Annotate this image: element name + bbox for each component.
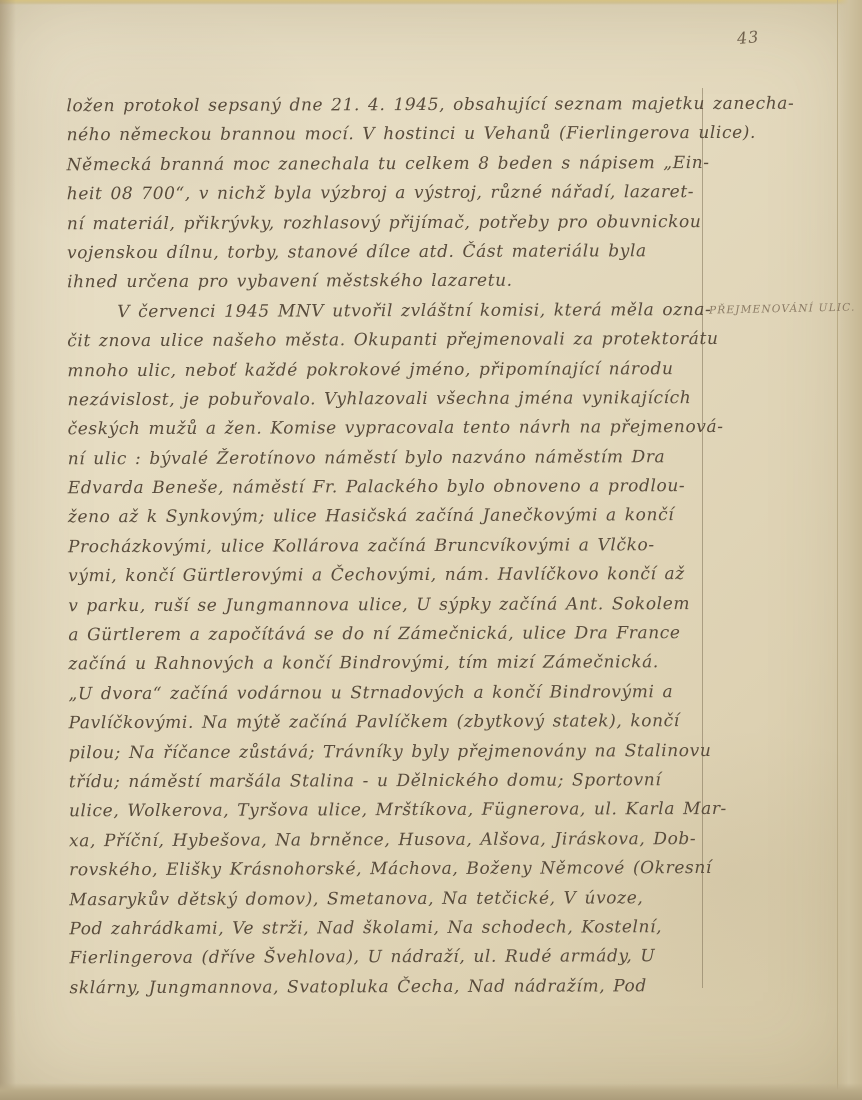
- manuscript-line: Německá branná moc zanechala tu celkem 8…: [67, 149, 777, 181]
- manuscript-line: a Gürtlerem a započítává se do ní Zámečn…: [68, 619, 778, 651]
- manuscript-line: ného německou brannou mocí. V hostinci u…: [67, 119, 777, 151]
- manuscript-line: rovského, Elišky Krásnohorské, Máchova, …: [69, 854, 779, 886]
- manuscript-line: Procházkovými, ulice Kollárova začíná Br…: [68, 531, 778, 563]
- manuscript-line: ložen protokol sepsaný dne 21. 4. 1945, …: [66, 90, 776, 122]
- manuscript-line: Pavlíčkovými. Na mýtě začíná Pavlíčkem (…: [69, 707, 779, 739]
- manuscript-line: ulice, Wolkerova, Tyršova ulice, Mrštíko…: [69, 795, 779, 827]
- chronicle-page: 43 PŘEJMENOVÁNÍ ULIC. ložen protokol sep…: [0, 0, 862, 1100]
- manuscript-line: pilou; Na říčance zůstává; Trávníky byly…: [69, 736, 779, 768]
- manuscript-line: ní materiál, přikrývky, rozhlasový přijí…: [67, 207, 777, 239]
- manuscript-line: sklárny, Jungmannova, Svatopluka Čecha, …: [69, 971, 779, 1003]
- manuscript-line: ní ulic : bývalé Žerotínovo náměstí bylo…: [68, 442, 778, 474]
- manuscript-line: xa, Příční, Hybešova, Na brněnce, Husova…: [69, 825, 779, 857]
- manuscript-line: třídu; náměstí maršála Stalina - u Dělni…: [69, 766, 779, 798]
- manuscript-line: vými, končí Gürtlerovými a Čechovými, ná…: [68, 560, 778, 592]
- manuscript-line: „U dvora“ začíná vodárnou u Strnadových …: [68, 678, 778, 710]
- manuscript-line: nezávislost, je pobuřovalo. Vyhlazovali …: [67, 384, 777, 416]
- manuscript-line: vojenskou dílnu, torby, stanové dílce at…: [67, 237, 777, 269]
- manuscript-line: v parku, ruší se Jungmannova ulice, U sý…: [68, 589, 778, 621]
- manuscript-line: Masarykův dětský domov), Smetanova, Na t…: [69, 883, 779, 915]
- manuscript-line: čit znova ulice našeho města. Okupanti p…: [67, 325, 777, 357]
- manuscript-line: mnoho ulic, neboť každé pokrokové jméno,…: [67, 354, 777, 386]
- page-edge-left: [0, 0, 16, 1100]
- manuscript-line: začíná u Rahnových a končí Bindrovými, t…: [68, 648, 778, 680]
- manuscript-text-block: ložen protokol sepsaný dne 21. 4. 1945, …: [66, 90, 779, 1004]
- manuscript-line: V červenci 1945 MNV utvořil zvláštní kom…: [67, 295, 777, 327]
- manuscript-line: heit 08 700“, v nichž byla výzbroj a výs…: [67, 178, 777, 210]
- page-edge-bottom: [0, 1083, 862, 1100]
- manuscript-line: Edvarda Beneše, náměstí Fr. Palackého by…: [68, 472, 778, 504]
- manuscript-line: ihned určena pro vybavení městského laza…: [67, 266, 777, 298]
- manuscript-line: Fierlingerova (dříve Švehlova), U nádraž…: [69, 942, 779, 974]
- manuscript-line: ženo až k Synkovým; ulice Hasičská začín…: [68, 501, 778, 533]
- page-edge-top: [0, 0, 862, 5]
- manuscript-line: Pod zahrádkami, Ve strži, Nad školami, N…: [69, 913, 779, 945]
- manuscript-line: českých mužů a žen. Komise vypracovala t…: [68, 413, 778, 445]
- page-edge-right: [837, 0, 862, 1100]
- page-number: 43: [736, 27, 760, 48]
